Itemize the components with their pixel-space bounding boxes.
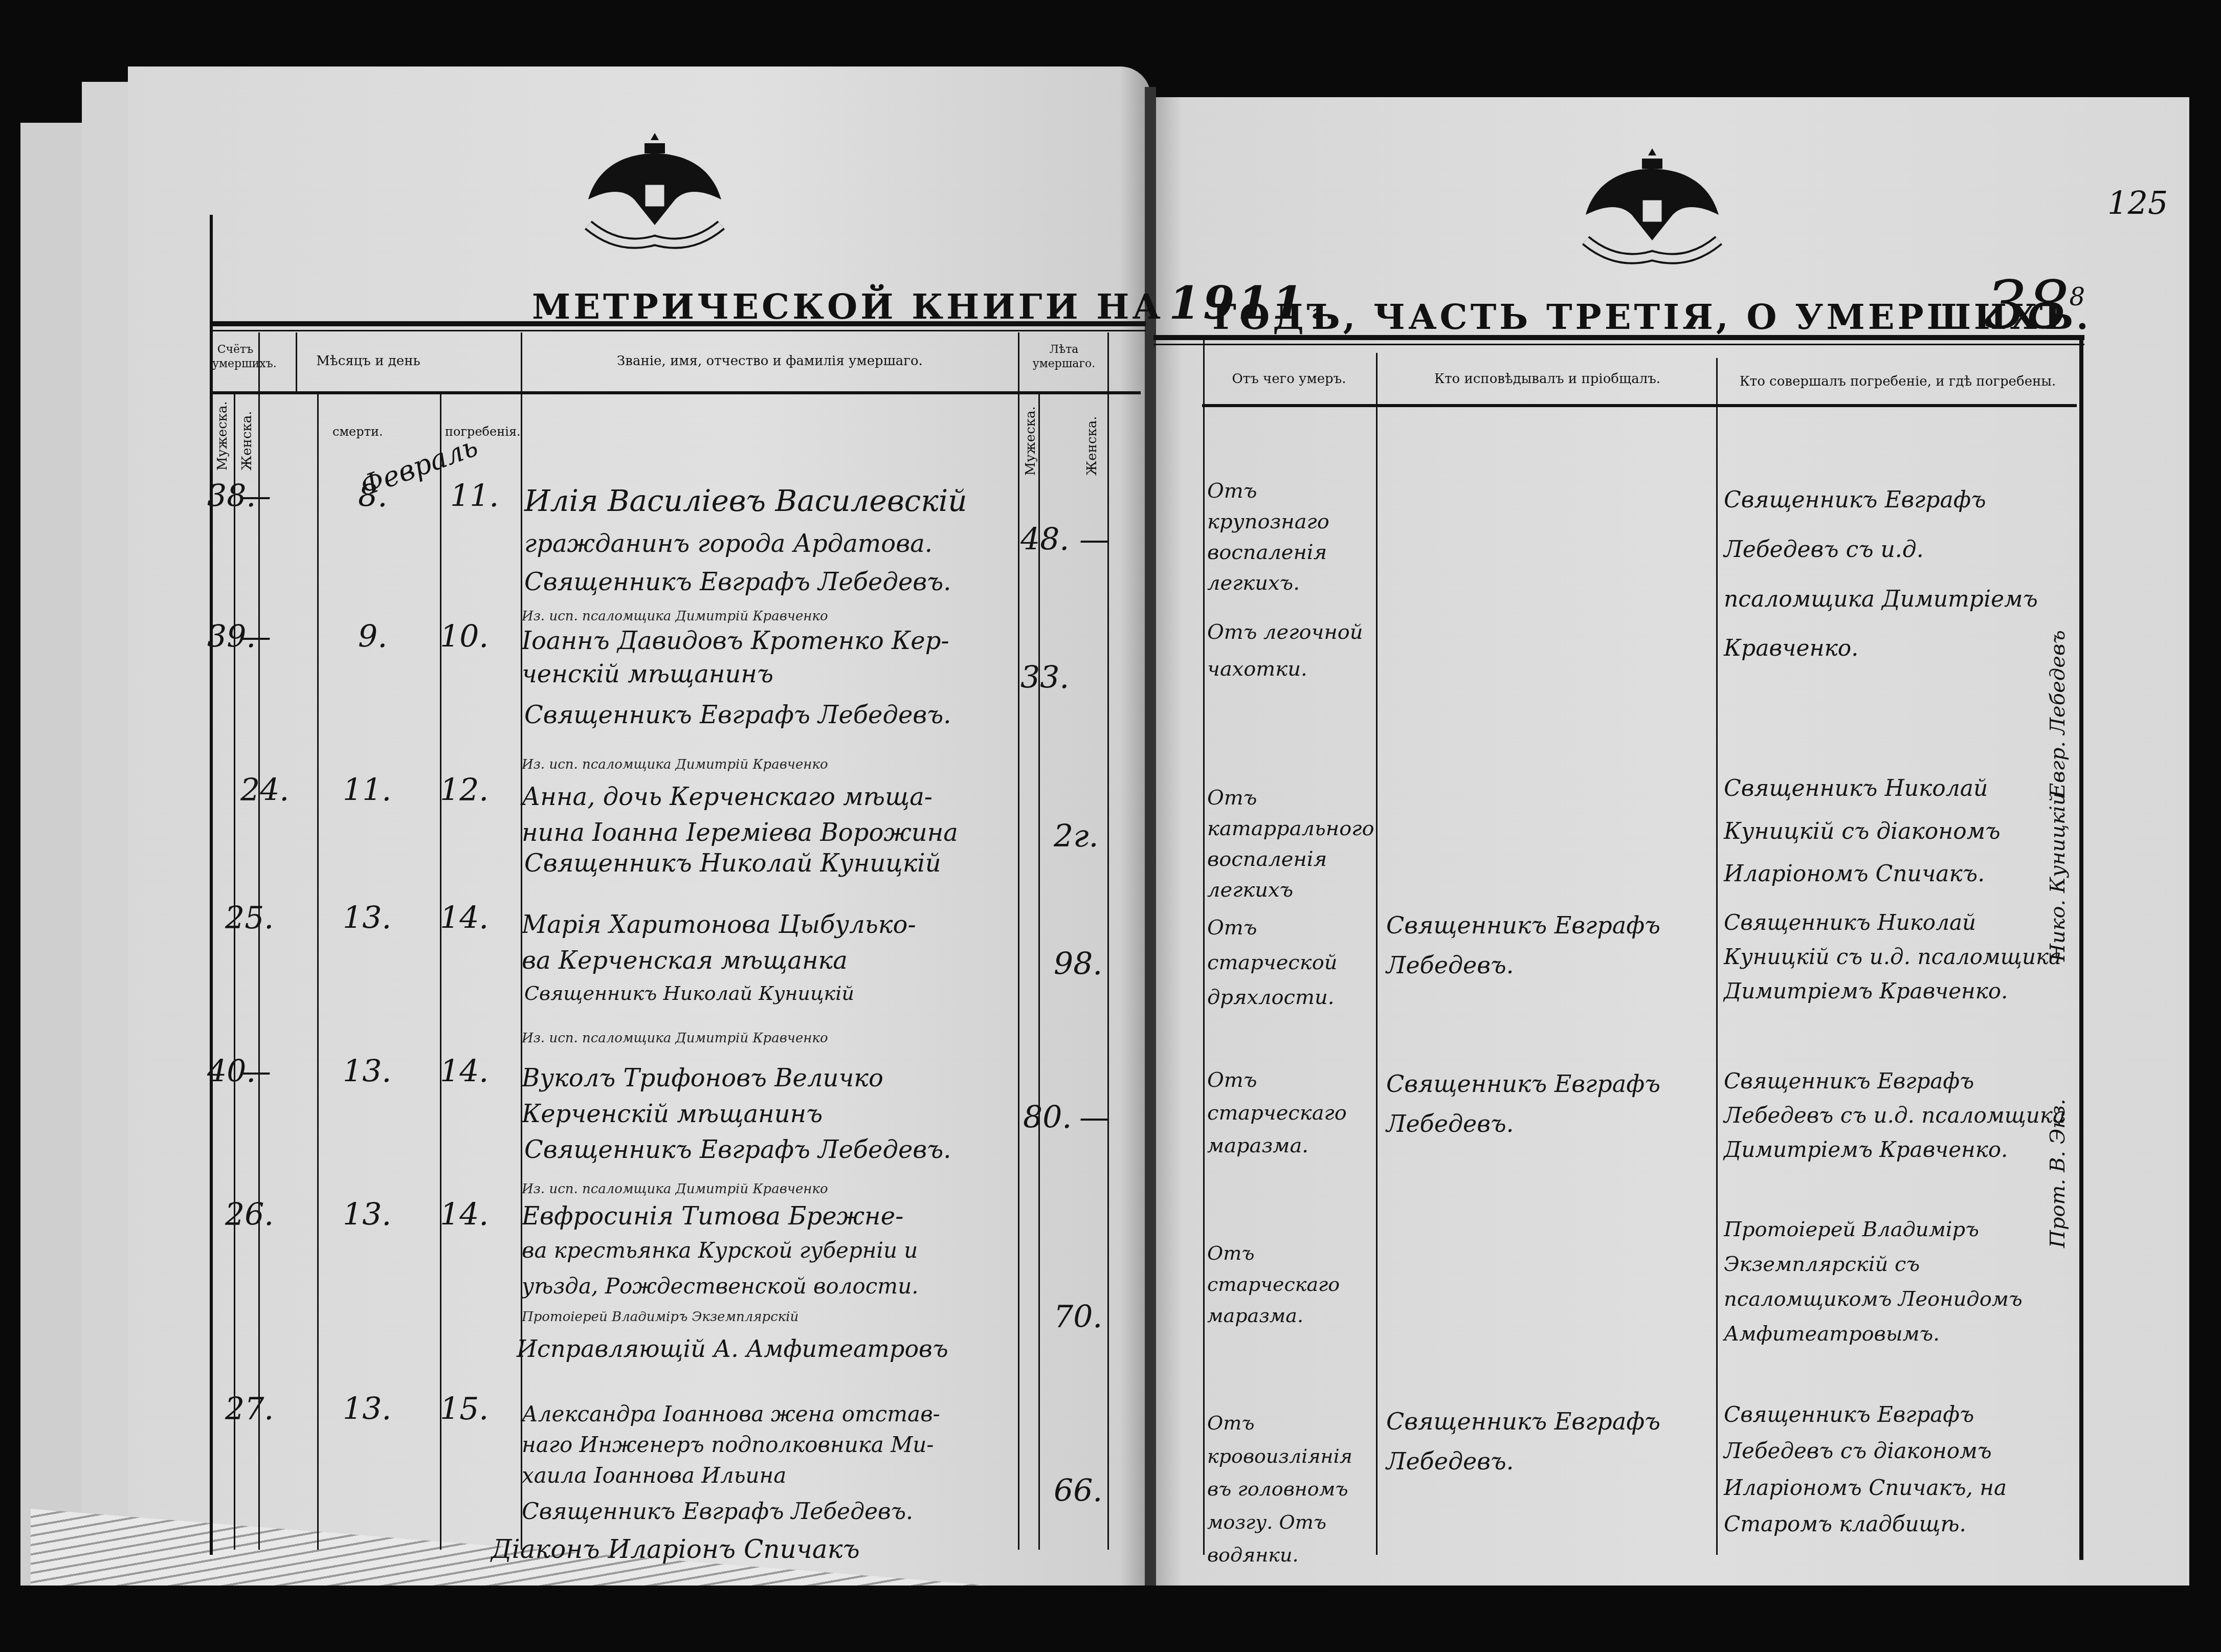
female-number: 24.: [240, 772, 289, 808]
column-divider: [1038, 394, 1040, 1550]
column-divider: [317, 394, 319, 1550]
column-divider: [1716, 358, 1718, 1555]
margin-signature: Прот. В. Экз.: [2046, 1099, 2070, 1248]
death-day: 13.: [343, 1054, 391, 1089]
subheader-rule: [1202, 404, 2077, 407]
deceased-spouse: хаила Іоаннова Ильина: [522, 1463, 786, 1488]
female-number: 26.: [225, 1197, 274, 1233]
header-female: Женска.: [239, 411, 255, 471]
column-divider: [1107, 332, 1109, 1550]
header-confessor: Кто исповѣдывалъ и пріобщалъ.: [1381, 371, 1714, 388]
female-number: 25.: [225, 900, 274, 936]
deceased-name: Анна, дочь Керченскаго мѣща-: [522, 783, 932, 811]
female-number: —: [240, 478, 271, 514]
header-rule: [210, 321, 1146, 326]
burial-day: 10.: [440, 619, 488, 655]
header-burial-by: Кто совершалъ погребеніе, и гдѣ погребен…: [1721, 373, 2074, 390]
burial-day: 14.: [440, 1054, 488, 1089]
burial-officiant: Священникъ Евграфъ Лебедевъ съ и.д. псал…: [1724, 476, 2077, 674]
age-female: 66.: [1054, 1473, 1102, 1509]
cause-of-death: Отъ легочной чахотки.: [1207, 614, 1371, 687]
officiant-note: Священникъ Евграфъ Лебедевъ.: [524, 1135, 951, 1164]
deceased-name: Александра Іоаннова жена отстав-: [522, 1401, 940, 1426]
officiant-note: Священникъ Евграфъ Лебедевъ.: [522, 1499, 913, 1525]
death-day: 13.: [343, 900, 391, 936]
margin-signature: Нико. Куницкій: [2046, 792, 2070, 962]
female-number: 27.: [225, 1391, 274, 1427]
confessor: Священникъ Евграфъ Лебедевъ.: [1386, 1401, 1714, 1481]
burial-officiant: Протоіерей Владиміръ Экземплярскій съ пс…: [1724, 1212, 2077, 1351]
deceased-name: Илія Василіевъ Василевскій: [524, 483, 967, 518]
header-age-male: Мужеска.: [1023, 406, 1038, 476]
officiant-note-2: Діаконъ Иларіонъ Спичакъ: [491, 1534, 860, 1564]
deceased-name: Марія Харитонова Цыбулько-: [522, 910, 916, 939]
burial-day: 11.: [450, 478, 499, 514]
female-number: —: [240, 1054, 271, 1089]
cause-of-death: Отъ катаррального воспаленія легкихъ: [1207, 783, 1371, 905]
age-male: 80.: [1023, 1100, 1072, 1135]
death-day: 13.: [343, 1391, 391, 1427]
burial-day: 12.: [440, 772, 488, 808]
burial-day: 15.: [440, 1391, 488, 1427]
cause-of-death: Отъ старческаго маразма.: [1207, 1238, 1371, 1331]
deceased-status: ва крестьянка Курской губерніи и: [522, 1238, 918, 1263]
header-cause: Отъ чего умеръ.: [1207, 371, 1371, 388]
officiant-note: Протоіерей Владиміръ Экземплярскій: [522, 1309, 798, 1325]
confessor: Священникъ Евграфъ Лебедевъ.: [1386, 1064, 1714, 1144]
header-male: Мужеска.: [215, 401, 230, 471]
table-border: [210, 215, 213, 1555]
deceased-origin: уѣзда, Рождественской волости.: [522, 1274, 919, 1299]
header-rule: [1153, 335, 2084, 340]
column-divider: [1018, 332, 1019, 1550]
deceased-status: гражданинъ города Ардатова.: [524, 529, 932, 558]
prenote: Из. исп. псаломщика Димитрій Кравченко: [522, 1031, 828, 1046]
cause-of-death: Отъ старческой дряхлости.: [1207, 910, 1371, 1015]
burial-officiant: Священникъ Николай Куницкій съ діакономъ…: [1724, 767, 2077, 896]
page-number: 388: [1985, 266, 2085, 344]
burial-day: 14.: [440, 1197, 488, 1233]
death-day: 13.: [343, 1197, 391, 1233]
officiant-note: Священникъ Евграфъ Лебедевъ.: [524, 701, 951, 729]
officiant-note: Священникъ Евграфъ Лебедевъ.: [524, 568, 951, 596]
deceased-status: ченскій мѣщанинъ: [522, 660, 773, 688]
prenote: Из. исп. псаломщика Димитрій Кравченко: [522, 757, 828, 772]
deceased-name: Евфросинія Титова Брежне-: [522, 1202, 903, 1231]
header-age-female: Женска.: [1084, 416, 1100, 476]
deceased-name: Вуколъ Трифоновъ Величко: [522, 1064, 883, 1092]
deceased-status: ва Керченская мѣщанка: [522, 946, 848, 975]
column-divider: [1376, 353, 1378, 1555]
officiant-note: Священникъ Николай Куницкій: [524, 982, 854, 1004]
column-divider: [258, 332, 260, 1550]
burial-day: 14.: [440, 900, 488, 936]
deceased-status: нина Іоанна Іереміева Ворожина: [522, 818, 958, 847]
deceased-status: наго Инженеръ подполковника Ми-: [522, 1432, 934, 1457]
column-divider: [234, 394, 235, 1550]
header-name: Званіе, имя, отчество и фамилія умершаго…: [527, 353, 1013, 370]
table-border: [2079, 338, 2083, 1560]
burial-officiant: Священникъ Евграфъ Лебедевъ съ и.д. псал…: [1724, 1064, 2077, 1167]
burial-officiant: Священникъ Евграфъ Лебедевъ съ діакономъ…: [1724, 1396, 2077, 1543]
officiant-note-2: Исправляющій А. Амфитеатровъ: [517, 1335, 948, 1363]
column-divider: [440, 394, 441, 1550]
female-number: —: [240, 619, 271, 655]
death-day: 8.: [358, 478, 387, 514]
header-rule: [1153, 344, 2084, 345]
double-headed-eagle-crest-icon: [568, 123, 742, 256]
deceased-status: Керченскій мѣщанинъ: [522, 1100, 823, 1128]
subheader-rule: [210, 391, 1141, 394]
page-number-sup: 8: [2069, 283, 2085, 311]
age-female: 2г.: [1054, 818, 1099, 854]
double-headed-eagle-crest-icon: [1565, 138, 1739, 271]
officiant-note: Священникъ Николай Куницкій: [524, 849, 941, 878]
deceased-name: Іоаннъ Давидовъ Кротенко Кер-: [522, 627, 949, 655]
age-female: —: [1079, 1100, 1110, 1135]
age-male: 33.: [1020, 660, 1069, 696]
header-death: смерти.: [332, 425, 383, 439]
margin-signature: Евгр. Лебедевъ: [2046, 630, 2070, 798]
cause-of-death: Отъ кровоизліянія въ головномъ мозгу. От…: [1207, 1407, 1371, 1572]
age-male: 48.: [1020, 522, 1069, 557]
header-count-dead: Счётъ умершихъ.: [212, 343, 258, 371]
column-divider: [521, 332, 522, 1550]
age-female: —: [1079, 522, 1110, 557]
confessor: Священникъ Евграфъ Лебедевъ.: [1386, 905, 1714, 985]
prenote: Из. исп. псаломщика Димитрій Кравченко: [522, 1181, 828, 1197]
page-number-value: 38: [1985, 266, 2069, 344]
corner-folio-number: 125: [2107, 184, 2168, 221]
death-day: 9.: [358, 619, 387, 655]
cause-of-death: Отъ крупознаго воспаленія легкихъ.: [1207, 476, 1371, 598]
background: [0, 1586, 2221, 1652]
page-title-right: ГОДЪ, ЧАСТЬ ТРЕТІЯ, О УМЕРШИХЪ.: [1212, 297, 2092, 338]
header-age: Лѣта умершаго.: [1020, 343, 1107, 371]
burial-officiant: Священникъ Николай Куницкій съ и.д. псал…: [1724, 905, 2077, 1009]
death-day: 11.: [343, 772, 391, 808]
age-female: 98.: [1054, 946, 1102, 982]
age-female: 70.: [1054, 1299, 1102, 1335]
header-rule: [210, 330, 1146, 331]
header-month-day: Мѣсяцъ и день: [297, 353, 440, 370]
prenote: Из. исп. псаломщика Димитрій Кравченко: [522, 609, 828, 624]
column-divider: [1203, 338, 1205, 1555]
cause-of-death: Отъ старческаго маразма.: [1207, 1064, 1371, 1162]
